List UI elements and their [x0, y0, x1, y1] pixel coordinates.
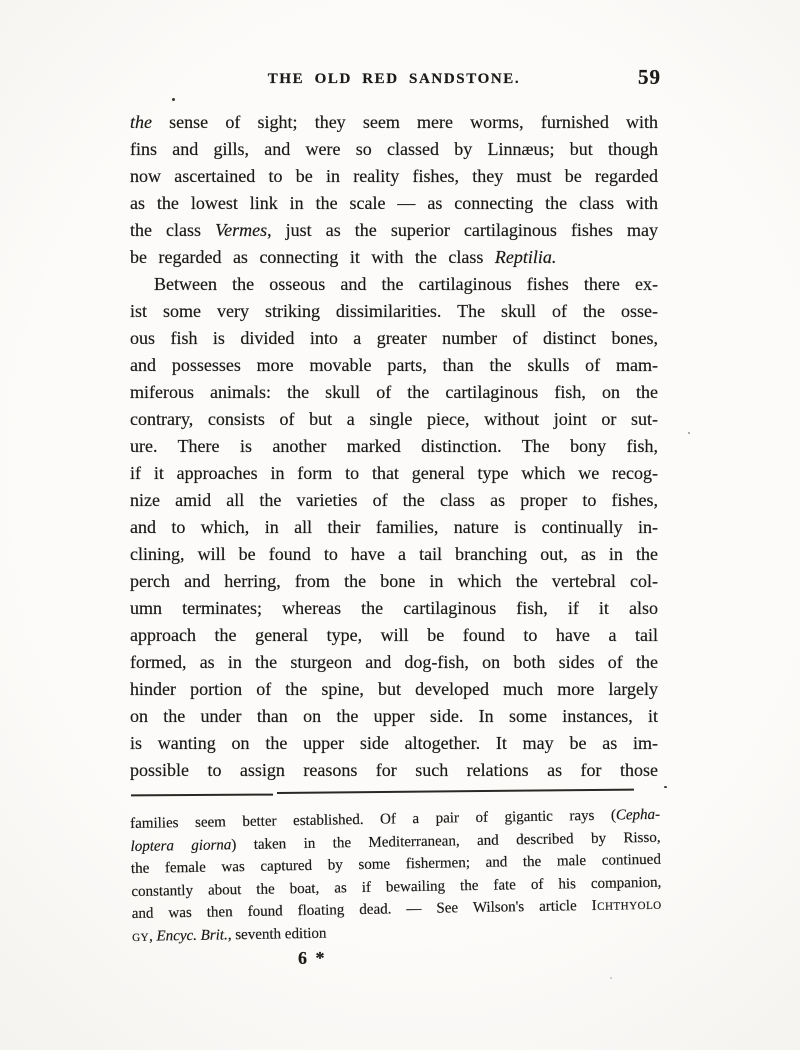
body-line: ist some very striking dissimilarities. …	[130, 298, 658, 325]
running-title: THE OLD RED SANDSTONE.	[130, 71, 658, 88]
body-line: is wanting on the upper side altogether.…	[130, 730, 658, 757]
body-line: now ascertained to be in reality fishes,…	[130, 163, 658, 190]
body-line: if it approaches in form to that general…	[130, 460, 658, 487]
body-line: umn terminates; whereas the cartilaginou…	[130, 595, 658, 622]
body-line: and possesses more movable parts, than t…	[130, 352, 658, 379]
scan-speck	[664, 786, 667, 788]
body-line: approach the general type, will be found…	[130, 622, 658, 649]
footnote-rule	[277, 789, 634, 794]
body-line: hinder portion of the spine, but develop…	[130, 676, 658, 703]
body-line: possible to assign reasons for such rela…	[130, 757, 658, 784]
body-line: the class Vermes, just as the superior c…	[130, 217, 658, 244]
body-line: be regarded as connecting it with the cl…	[130, 244, 658, 271]
body-line: on the under than on the upper side. In …	[130, 703, 658, 730]
footnote-rule	[131, 794, 273, 797]
body-text: the sense of sight; they seem mere worms…	[130, 109, 658, 784]
body-line: contrary, consists of but a single piece…	[130, 406, 658, 433]
body-line: clining, will be found to have a tail br…	[130, 541, 658, 568]
scanned-page: THE OLD RED SANDSTONE. 59 the sense of s…	[0, 0, 800, 1050]
signature-mark: 6 *	[298, 948, 327, 969]
body-line: ous fish is divided into a greater numbe…	[130, 325, 658, 352]
body-line: the sense of sight; they seem mere worms…	[130, 109, 658, 136]
footnote-text: families seem better established. Of a p…	[130, 804, 662, 948]
body-line: formed, as in the sturgeon and dog-fish,…	[130, 649, 658, 676]
body-line: fins and gills, and were so classed by L…	[130, 136, 658, 163]
scan-speck	[610, 977, 612, 979]
body-line: Between the osseous and the cartilaginou…	[130, 271, 658, 298]
body-line: perch and herring, from the bone in whic…	[130, 568, 658, 595]
body-line: and to which, in all their families, nat…	[130, 514, 658, 541]
scan-speck	[688, 432, 690, 434]
body-line: ure. There is another marked distinction…	[130, 433, 658, 460]
scan-speck	[172, 98, 175, 101]
page-number: 59	[638, 65, 661, 90]
body-line: miferous animals: the skull of the carti…	[130, 379, 658, 406]
paragraph: the sense of sight; they seem mere worms…	[130, 109, 658, 271]
body-line: as the lowest link in the scale — as con…	[130, 190, 658, 217]
body-line: nize amid all the varieties of the class…	[130, 487, 658, 514]
paragraph: Between the osseous and the cartilaginou…	[130, 271, 658, 784]
